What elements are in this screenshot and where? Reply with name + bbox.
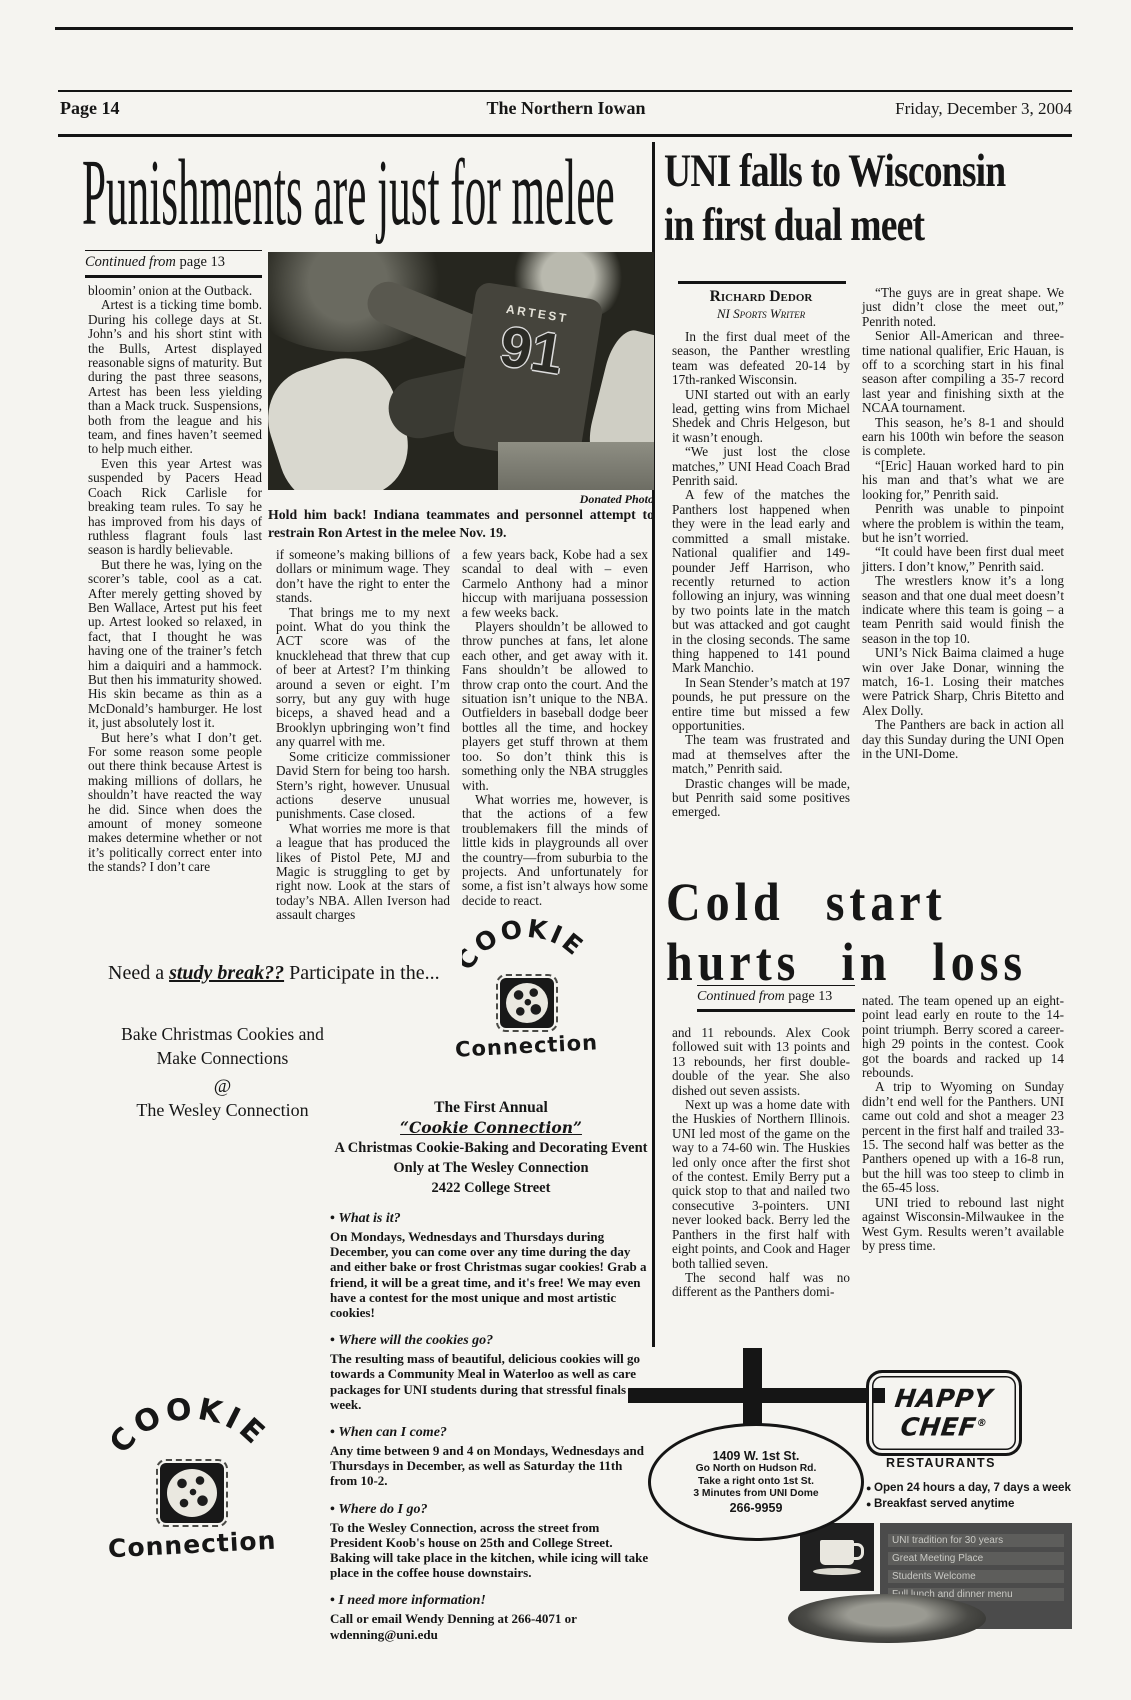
at-symbol: @ xyxy=(100,1076,345,1098)
paragraph: “We just lost the close matches,” UNI He… xyxy=(672,445,850,488)
ad-answer: The resulting mass of beautiful, delicio… xyxy=(330,1351,652,1412)
ad-only-at: Only at The Wesley Connection xyxy=(330,1158,652,1178)
cookie-icon xyxy=(500,978,554,1028)
wrestling-column-2: “The guys are in great shape. We just di… xyxy=(862,286,1064,761)
ad-question: When can I come? xyxy=(330,1425,652,1441)
road-graphic-horizontal xyxy=(628,1388,885,1403)
ad-question: Where will the cookies go? xyxy=(330,1333,652,1349)
svg-text:COOKIE: COOKIE xyxy=(112,1391,272,1460)
arched-cookie-wordmark: COOKIE xyxy=(112,1385,272,1471)
teaser-emphasis: study break?? xyxy=(169,962,284,984)
melee-column-2: if someone’s making billions of dollars … xyxy=(276,548,450,923)
paragraph: “[Eric] Hauan worked hard to pin his man… xyxy=(862,459,1064,502)
melee-headline: Punishments are just for melee xyxy=(82,140,647,255)
continued-label: Continued from xyxy=(85,254,176,270)
ad-direction-line: 3 Minutes from UNI Dome xyxy=(693,1488,818,1501)
paragraph: A trip to Wyoming on Sunday didn’t end w… xyxy=(862,1080,1064,1195)
masthead: Page 14 The Northern Iowan Friday, Decem… xyxy=(60,98,1072,119)
mug-shape xyxy=(820,1540,854,1565)
paragraph: UNI started out with an early lead, gett… xyxy=(672,388,850,446)
paragraph: a few years back, Kobe had a sex scandal… xyxy=(462,548,648,620)
menu-line: Students Welcome xyxy=(888,1570,1064,1583)
continued-label: Continued from xyxy=(697,989,785,1004)
bullet-item: Open 24 hours a day, 7 days a week xyxy=(866,1481,1078,1494)
ad-question: I need more information! xyxy=(330,1593,652,1609)
ad-event-name: “Cookie Connection” xyxy=(330,1118,652,1138)
paragraph: But there he was, lying on the scorer’s … xyxy=(88,558,262,731)
ad-street-address: 1409 W. 1st St. xyxy=(713,1449,800,1463)
top-border-rule xyxy=(55,27,1073,30)
ad-answer: On Mondays, Wednesdays and Thursdays dur… xyxy=(330,1229,652,1320)
paragraph: UNI tried to rebound last night against … xyxy=(862,1196,1064,1254)
issue-date: Friday, December 3, 2004 xyxy=(756,99,1072,119)
wrestling-headline-line1: UNI falls to Wisconsin xyxy=(664,144,992,198)
basketball-continued-slug: Continued from page 13 xyxy=(697,985,855,1012)
photo-jersey: ARTEST 91 xyxy=(452,281,604,464)
ad-subtitle: A Christmas Cookie-Baking and Decorating… xyxy=(330,1138,652,1158)
paragraph: In the first dual meet of the season, th… xyxy=(672,330,850,388)
cookie-connection-logo-2: COOKIE Connection xyxy=(112,1385,272,1559)
paragraph: What worries me, however, is that the ac… xyxy=(462,793,648,908)
restaurants-label: RESTAURANTS xyxy=(866,1456,1016,1470)
basketball-column-2: nated. The team opened up an eight-point… xyxy=(862,994,1064,1253)
photo-caption: Hold him back! Indiana teammates and per… xyxy=(268,506,654,542)
happy-chef-ad: 1409 W. 1st St. Go North on Hudson Rd. T… xyxy=(628,1348,1076,1643)
paragraph: nated. The team opened up an eight-point… xyxy=(862,994,1064,1080)
menu-line: Great Meeting Place xyxy=(888,1552,1064,1565)
byline-rule xyxy=(678,281,846,284)
coffee-cup-icon xyxy=(800,1523,874,1591)
happy-chef-logo: HAPPY CHEF® xyxy=(866,1370,1022,1456)
melee-column-3: a few years back, Kobe had a sex scandal… xyxy=(462,548,648,908)
paragraph: Senior All-American and three-time natio… xyxy=(862,329,1064,415)
menu-line: UNI tradition for 30 years xyxy=(888,1534,1064,1547)
melee-photo: ARTEST 91 xyxy=(268,252,654,490)
food-plate-icon xyxy=(788,1594,986,1643)
teaser-suffix: Participate in the... xyxy=(284,962,440,984)
continued-page: page 13 xyxy=(785,989,832,1004)
brand-line2: CHEF® xyxy=(899,1411,988,1439)
bullet-item: Breakfast served anytime xyxy=(866,1497,1078,1510)
newspaper-page: Page 14 The Northern Iowan Friday, Decem… xyxy=(0,0,1131,1700)
paper-title: The Northern Iowan xyxy=(376,98,756,119)
paragraph: Some criticize commissioner David Stern … xyxy=(276,750,450,822)
registered-mark: ® xyxy=(976,1418,988,1429)
connection-word: Connection xyxy=(455,1030,599,1061)
continued-page: page 13 xyxy=(176,254,225,270)
basketball-headline-line1: Cold start xyxy=(666,872,947,934)
ad-question: Where do I go? xyxy=(330,1502,652,1518)
cookie-ad-details: The First Annual “Cookie Connection” A C… xyxy=(330,1098,652,1642)
paragraph: UNI’s Nick Baima claimed a huge win over… xyxy=(862,646,1064,718)
cookie-face-icon xyxy=(506,983,548,1023)
chef-bullet-list: Open 24 hours a day, 7 days a week Break… xyxy=(866,1478,1078,1513)
arched-cookie-wordmark: COOKIE xyxy=(462,912,592,984)
paragraph: The second half was no different as the … xyxy=(672,1271,850,1300)
cookie-connection-logo: COOKIE Connection xyxy=(462,912,592,1058)
byline-title: NI Sports Writer xyxy=(664,306,858,322)
study-break-teaser: Need a study break?? Participate in the.… xyxy=(108,962,508,985)
paragraph: But here’s what I don’t get. For some re… xyxy=(88,731,262,875)
directions-oval: 1409 W. 1st St. Go North on Hudson Rd. T… xyxy=(648,1423,864,1541)
wrestling-headline-line2: in first dual meet xyxy=(664,198,992,252)
paragraph: Next up was a home date with the Huskies… xyxy=(672,1098,850,1271)
paragraph: The team was frustrated and mad at thems… xyxy=(672,733,850,776)
ad-title: The First Annual xyxy=(330,1098,652,1118)
paragraph: Artest is a ticking time bomb. During hi… xyxy=(88,298,262,456)
melee-continued-slug: Continued from page 13 xyxy=(85,250,262,278)
ad-phone-number: 266-9959 xyxy=(730,1501,783,1515)
header-rule-bottom xyxy=(58,134,1072,137)
ad-direction-line: Go North on Hudson Rd. xyxy=(696,1463,817,1476)
paragraph: The Panthers are back in action all day … xyxy=(862,718,1064,761)
teaser-prefix: Need a xyxy=(108,962,169,984)
wrestling-headline: UNI falls to Wisconsin in first dual mee… xyxy=(664,144,1074,252)
melee-column-1: bloomin’ onion at the Outback. Artest is… xyxy=(88,284,262,875)
paragraph: This season, he’s 8-1 and should earn hi… xyxy=(862,416,1064,459)
paragraph: and 11 rebounds. Alex Cook followed suit… xyxy=(672,1026,850,1098)
ad-tagline: Bake Christmas Cookies and Make Connecti… xyxy=(100,1022,345,1070)
cookie-face-icon xyxy=(167,1469,217,1517)
ad-address: 2422 College Street xyxy=(330,1178,652,1198)
ad-question: What is it? xyxy=(330,1211,652,1227)
saucer-shape xyxy=(813,1568,861,1575)
paragraph: bloomin’ onion at the Outback. xyxy=(88,284,262,298)
wrestling-column-1: In the first dual meet of the season, th… xyxy=(672,330,850,820)
photo-floor xyxy=(498,442,654,490)
cookie-word: COOKIE xyxy=(462,914,590,975)
paragraph: “The guys are in great shape. We just di… xyxy=(862,286,1064,329)
basketball-column-1: and 11 rebounds. Alex Cook followed suit… xyxy=(672,1026,850,1300)
venue-name: The Wesley Connection xyxy=(100,1100,345,1121)
photo-credit: Donated Photo xyxy=(268,492,654,507)
header-rule-top xyxy=(58,90,1072,92)
cookie-icon xyxy=(160,1463,224,1523)
tagline-line1: Bake Christmas Cookies and xyxy=(100,1022,345,1046)
paragraph: In Sean Stender’s match at 197 pounds, h… xyxy=(672,676,850,734)
paragraph: if someone’s making billions of dollars … xyxy=(276,548,450,606)
paragraph: Players shouldn’t be allowed to throw pu… xyxy=(462,620,648,793)
tagline-line2: Make Connections xyxy=(100,1046,345,1070)
paragraph: The wrestlers know it’s a long season an… xyxy=(862,574,1064,646)
byline-author: Richard Dedor xyxy=(664,288,858,306)
connection-word: Connection xyxy=(107,1526,277,1564)
paragraph: “It could have been first dual meet jitt… xyxy=(862,545,1064,574)
ad-answer: Call or email Wendy Denning at 266-4071 … xyxy=(330,1611,652,1641)
ad-answer: To the Wesley Connection, across the str… xyxy=(330,1520,652,1581)
paragraph: What worries me more is that a league th… xyxy=(276,822,450,923)
brand-line1: HAPPY xyxy=(894,1386,995,1411)
ad-answer: Any time between 9 and 4 on Mondays, Wed… xyxy=(330,1443,652,1489)
svg-text:COOKIE: COOKIE xyxy=(462,914,590,975)
paragraph: Even this year Artest was suspended by P… xyxy=(88,457,262,558)
page-number: Page 14 xyxy=(60,98,376,119)
paragraph: That brings me to my next point. What do… xyxy=(276,606,450,750)
ad-direction-line: Take a right onto 1st St. xyxy=(698,1476,814,1489)
paragraph: Drastic changes will be made, but Penrit… xyxy=(672,777,850,820)
cookie-word: COOKIE xyxy=(112,1391,272,1460)
paragraph: Penrith was unable to pinpoint where the… xyxy=(862,502,1064,545)
paragraph: A few of the matches the Panthers lost h… xyxy=(672,488,850,675)
